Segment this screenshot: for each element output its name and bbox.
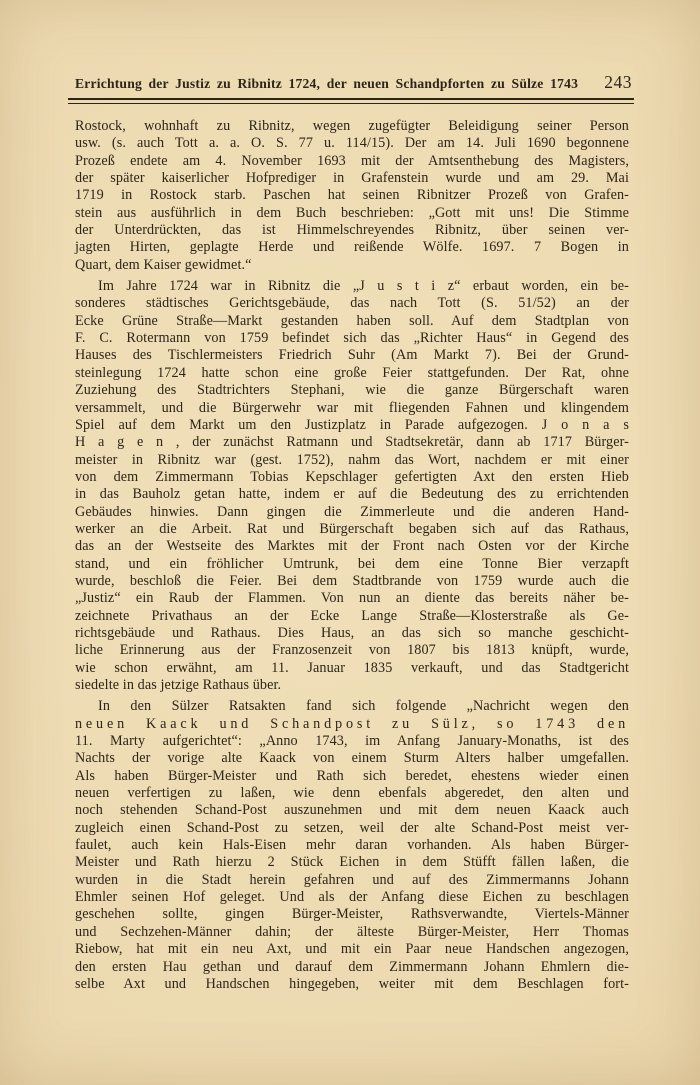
text-line: siedelte in das jetzige Rathaus über. bbox=[75, 677, 629, 694]
text-line: wurden in die Stadt herein gefahren und … bbox=[75, 872, 629, 889]
text-line: Meister und Rath hierzu 2 Stück Eichen i… bbox=[75, 854, 629, 871]
text-line: selbe Axt und Handschen hingegeben, weit… bbox=[75, 976, 629, 993]
page-header: Errichtung der Justiz zu Ribnitz 1724, d… bbox=[68, 72, 634, 93]
text-line: liche Erinnerung aus der Franzosenzeit v… bbox=[75, 642, 629, 659]
text-line: stein aus ausführlich in dem Buch beschr… bbox=[75, 205, 629, 222]
text-line: sonderes städtisches Gerichtsgebäude, da… bbox=[75, 295, 629, 312]
book-page: Errichtung der Justiz zu Ribnitz 1724, d… bbox=[0, 0, 700, 1085]
text-line: wurde, beschloß die Feier. Bei dem Stadt… bbox=[75, 573, 629, 590]
text-line: steinlegung 1724 hatte schon eine große … bbox=[75, 365, 629, 382]
text-line: usw. (s. auch Tott a. a. O. S. 77 u. 114… bbox=[75, 135, 629, 152]
running-title: Errichtung der Justiz zu Ribnitz 1724, d… bbox=[75, 76, 578, 92]
text-line: F. C. Rotermann von 1759 befindet sich d… bbox=[75, 330, 629, 347]
text-line: Spiel auf dem Markt um den Justizplatz i… bbox=[75, 417, 629, 434]
text-line: neuen Kaack und Schandpost zu Sülz, so 1… bbox=[75, 716, 629, 733]
text-line: neuen verfertigen zu laßen, wie denn ebe… bbox=[75, 785, 629, 802]
text-line: stand, und ein fröhlicher Umtrunk, bei d… bbox=[75, 556, 629, 573]
text-line: „Justiz“ ein Raub der Flammen. Von nun a… bbox=[75, 590, 629, 607]
text-line: Quart, dem Kaiser gewidmet.“ bbox=[75, 257, 629, 274]
text-line: von dem Zimmermann Tobias Kepschlager ge… bbox=[75, 469, 629, 486]
text-line: Nachts der vorige alte Kaack von einem S… bbox=[75, 750, 629, 767]
text-line: H a g e n , der zunächst Ratmann und Sta… bbox=[75, 434, 629, 451]
text-line: 11. Marty aufgerichtet“: „Anno 1743, im … bbox=[75, 733, 629, 750]
text-line: der Unterdrückten, das ist Himmelschreye… bbox=[75, 222, 629, 239]
text-line: in das Bauholz getan hatte, indem er auf… bbox=[75, 486, 629, 503]
text-line: Hauses des Tischlermeisters Friedrich Su… bbox=[75, 347, 629, 364]
text-line: und Sechzehen-Männer dahin; der älteste … bbox=[75, 924, 629, 941]
text-line: Rostock, wohnhaft zu Ribnitz, wegen zuge… bbox=[75, 118, 629, 135]
text-line: geschehen sollte, gingen Bürger-Meister,… bbox=[75, 906, 629, 923]
text-line: Als haben Bürger-Meister und Rath sich b… bbox=[75, 768, 629, 785]
text-line: meister in Ribnitz war (gest. 1752), nah… bbox=[75, 452, 629, 469]
text-line: versammelt, und die Bürgerwehr war mit f… bbox=[75, 400, 629, 417]
text-line: zeichnete Privathaus an der Ecke Lange S… bbox=[75, 608, 629, 625]
text-line: Zuziehung des Stadtrichters Stephani, wi… bbox=[75, 382, 629, 399]
page-number: 243 bbox=[604, 72, 632, 93]
text-line: faulet, auch kein Hals-Eisen mehr daran … bbox=[75, 837, 629, 854]
text-line: wie schon erwähnt, am 11. Januar 1835 ve… bbox=[75, 660, 629, 677]
text-line: Gebäudes hinwies. Dann gingen die Zimmer… bbox=[75, 504, 629, 521]
text-line: 1719 in Rostock starb. Paschen hat seine… bbox=[75, 187, 629, 204]
text-line: Ecke Grüne Straße—Markt gestanden haben … bbox=[75, 313, 629, 330]
text-line: richtsgebäude und Rathaus. Dies Haus, an… bbox=[75, 625, 629, 642]
text-line: jagten Hirten, geplagte Herde und reißen… bbox=[75, 239, 629, 256]
text-line: Im Jahre 1724 war in Ribnitz die „J u s … bbox=[75, 278, 629, 295]
text-line: In den Sülzer Ratsakten fand sich folgen… bbox=[75, 698, 629, 715]
page-content: Errichtung der Justiz zu Ribnitz 1724, d… bbox=[68, 72, 634, 993]
text-line: Prozeß endete am 4. November 1693 mit de… bbox=[75, 153, 629, 170]
header-rule bbox=[68, 98, 634, 104]
text-line: das an der Westseite des Marktes mit der… bbox=[75, 538, 629, 555]
text-line: zugleich einen Schand-Post zu setzen, we… bbox=[75, 820, 629, 837]
paragraph: Rostock, wohnhaft zu Ribnitz, wegen zuge… bbox=[75, 118, 629, 274]
text-line: der später kaiserlicher Hofprediger in G… bbox=[75, 170, 629, 187]
text-block: Rostock, wohnhaft zu Ribnitz, wegen zuge… bbox=[68, 118, 634, 993]
text-line: Riebow, hat mit ein neu Axt, und mit ein… bbox=[75, 941, 629, 958]
text-line: noch stehenden Schand-Post auszunehmen u… bbox=[75, 802, 629, 819]
text-line: werker an die Arbeit. Rat und Bürgerscha… bbox=[75, 521, 629, 538]
text-line: Ehmler seinen Hof geleget. Und als der A… bbox=[75, 889, 629, 906]
text-line: den ersten Hau gethan und darauf dem Zim… bbox=[75, 959, 629, 976]
paragraph: Im Jahre 1724 war in Ribnitz die „J u s … bbox=[75, 278, 629, 694]
paragraph: In den Sülzer Ratsakten fand sich folgen… bbox=[75, 698, 629, 993]
